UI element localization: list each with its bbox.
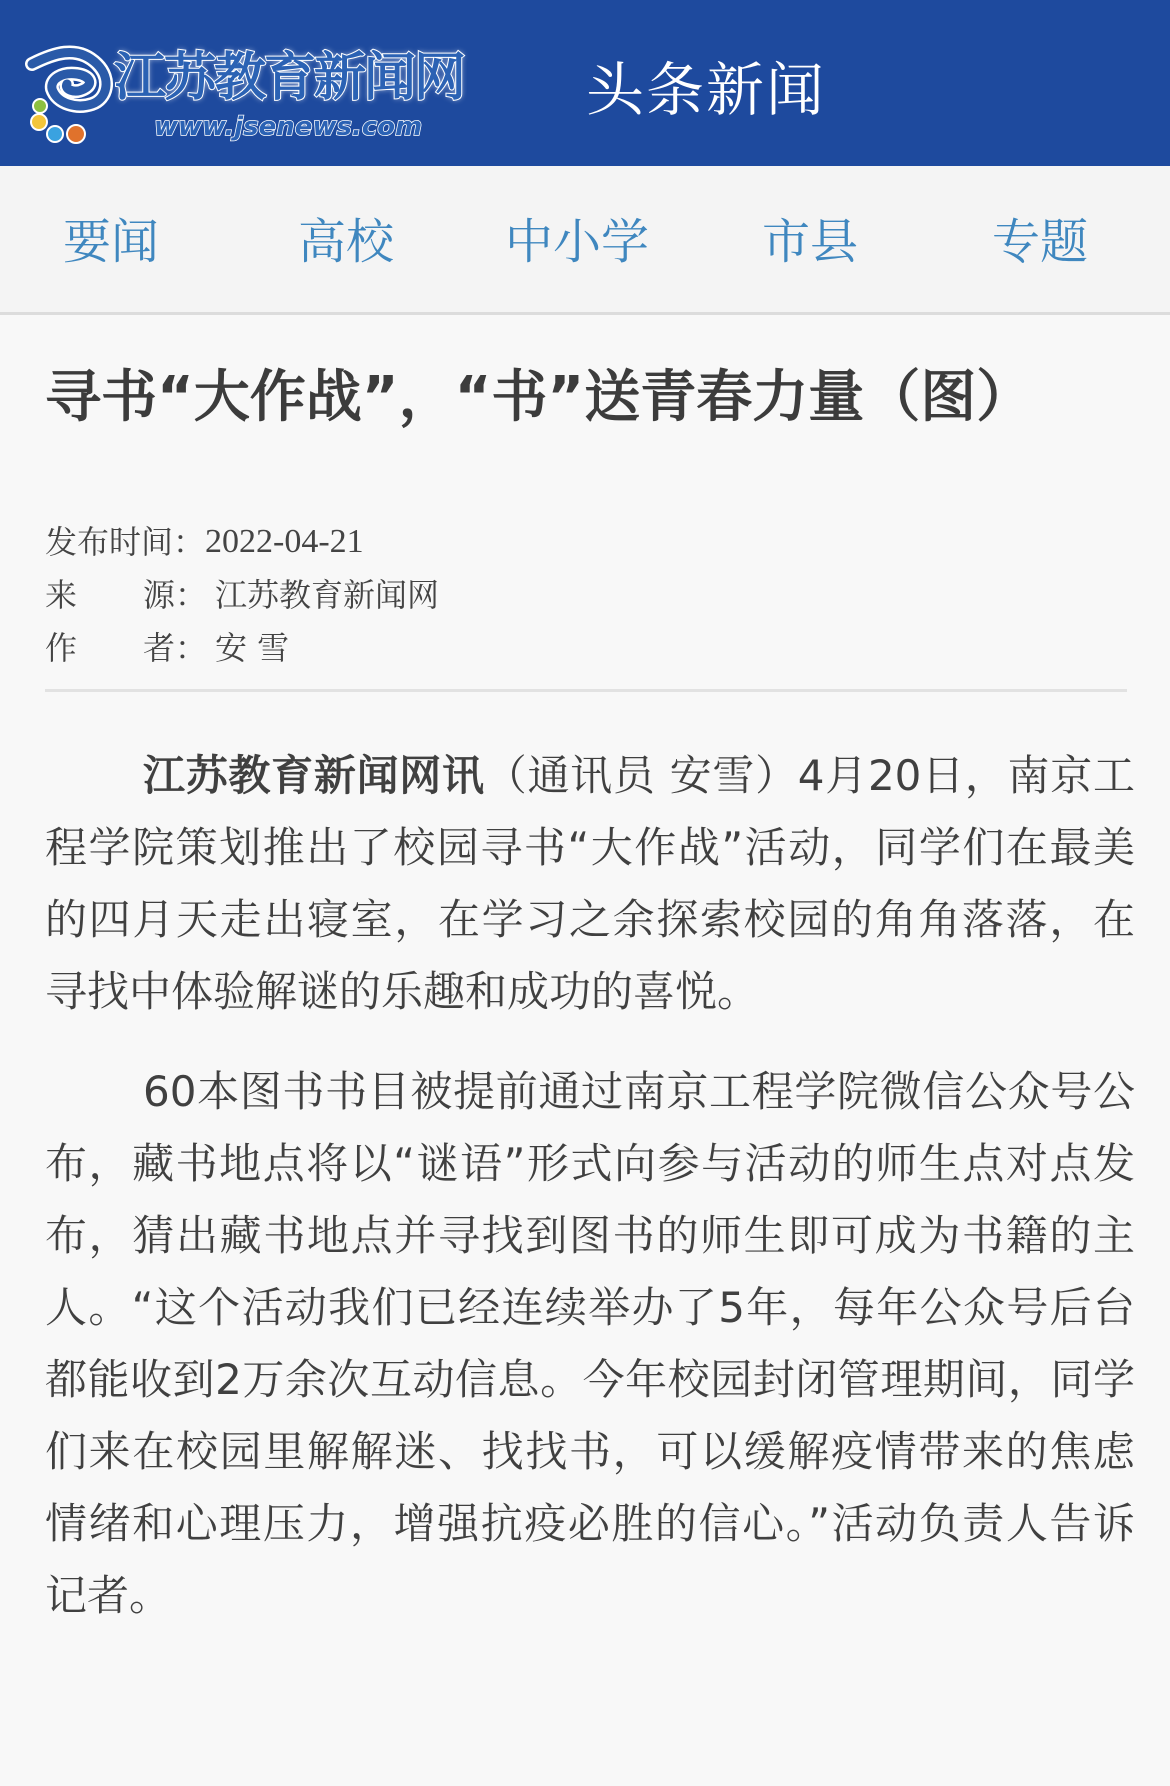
logo-e-icon	[22, 44, 118, 144]
article-meta: 发布时间： 2022-04-21 来 源： 江苏教育新闻网 作 者： 安 雪	[45, 518, 439, 677]
author-value: 安 雪	[215, 624, 289, 677]
author-row: 作 者： 安 雪	[45, 624, 439, 677]
category-nav: 要闻 高校 中小学 市县 专题	[0, 166, 1170, 315]
source-label: 来 源：	[45, 571, 215, 624]
logo-text: 江苏教育新闻网	[114, 48, 464, 108]
source-row: 来 源： 江苏教育新闻网	[45, 571, 439, 624]
nav-item-zhongxiaoxue[interactable]: 中小学	[505, 214, 649, 270]
publish-time-row: 发布时间： 2022-04-21	[45, 518, 439, 571]
article-title: 寻书“大作战”，“书”送青春力量（图）	[45, 360, 1135, 436]
publish-date: 2022-04-21	[205, 518, 364, 571]
nav-item-shixian[interactable]: 市县	[762, 214, 858, 270]
source-value: 江苏教育新闻网	[215, 571, 439, 624]
page-title: 头条新闻	[586, 55, 826, 125]
article-paragraph: 60本图书书目被提前通过南京工程学院微信公众号公布，藏书地点将以“谜语”形式向参…	[45, 1056, 1135, 1632]
logo-url: www.jsenews.com	[154, 112, 422, 142]
meta-divider	[45, 689, 1127, 692]
nav-item-zhuanti[interactable]: 专题	[992, 214, 1088, 270]
paragraph-lead: 江苏教育新闻网讯	[143, 751, 485, 800]
nav-item-yaowen[interactable]: 要闻	[63, 214, 159, 270]
article-body: 江苏教育新闻网讯（通讯员 安雪）4月20日，南京工程学院策划推出了校园寻书“大作…	[45, 740, 1135, 1660]
paragraph-text: 60本图书书目被提前通过南京工程学院微信公众号公布，藏书地点将以“谜语”形式向参…	[45, 1067, 1135, 1620]
nav-item-gaoxiao[interactable]: 高校	[298, 214, 394, 270]
publish-time-label: 发布时间：	[45, 518, 205, 571]
site-header: 江苏教育新闻网 www.jsenews.com 头条新闻	[0, 0, 1170, 166]
article-paragraph: 江苏教育新闻网讯（通讯员 安雪）4月20日，南京工程学院策划推出了校园寻书“大作…	[45, 740, 1135, 1028]
site-logo[interactable]: 江苏教育新闻网 www.jsenews.com	[22, 44, 442, 144]
author-label: 作 者：	[45, 624, 215, 677]
